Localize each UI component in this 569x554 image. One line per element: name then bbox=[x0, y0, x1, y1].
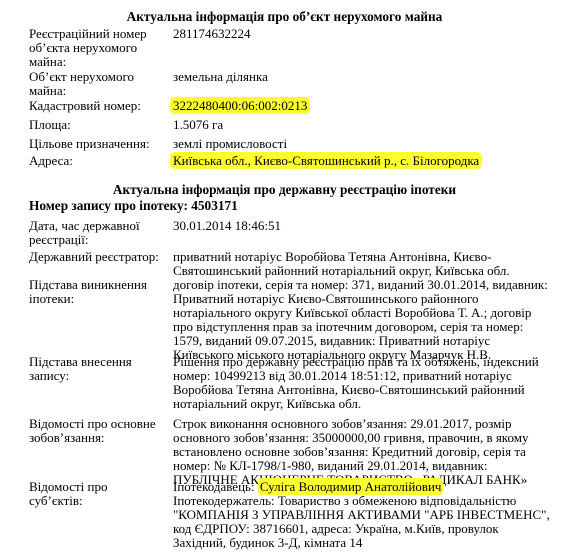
label: Підстава внесення запису: bbox=[29, 355, 164, 383]
address-highlight: Київська обл., Києво-Святошинський р., с… bbox=[170, 152, 482, 169]
label: Об’єкт нерухомого майна: bbox=[29, 70, 164, 98]
value: Строк виконання основного зобов’язання: … bbox=[173, 417, 548, 487]
label: Дата, час державної реєстрації: bbox=[29, 219, 164, 247]
label: Державний реєстратор: bbox=[29, 250, 164, 264]
value: договір іпотеки, серія та номер: 371, ви… bbox=[173, 278, 553, 362]
mortgagee-text: Іпотекодержатель: Товариство з обмеженою… bbox=[173, 494, 553, 550]
value: землі промисловості bbox=[173, 137, 563, 151]
mortgagor-line: Іпотекодавець: Суліга Володимир Анатолій… bbox=[173, 480, 553, 494]
label: Реєстраційний номер об’єкта нерухомого м… bbox=[29, 27, 164, 69]
label: Кадастровий номер: bbox=[29, 99, 164, 113]
value: земельна ділянка bbox=[173, 70, 563, 84]
cadastral-number-highlight: 3222480400:06:002:0213 bbox=[170, 97, 310, 114]
label: Площа: bbox=[29, 118, 164, 132]
value: приватний нотаріус Воробйова Тетяна Анто… bbox=[173, 250, 553, 278]
value: Рішення про державну реєстрацію прав та … bbox=[173, 355, 545, 411]
mortgagor-prefix: Іпотекодавець: bbox=[173, 479, 258, 494]
property-section-title: Актуальна інформація про об’єкт нерухомо… bbox=[0, 10, 569, 24]
value: 1.5076 га bbox=[173, 118, 563, 132]
label: Відомості про суб’єктів: bbox=[29, 480, 164, 508]
value: 281174632224 bbox=[173, 27, 563, 41]
mortgage-record-number: Номер запису про іпотеку: 4503171 bbox=[29, 199, 238, 213]
label: Підстава виникнення іпотеки: bbox=[29, 278, 164, 306]
label: Відомості про основне зобов’язання: bbox=[29, 417, 164, 445]
label: Цільове призначення: bbox=[29, 137, 164, 151]
value-block: Іпотекодавець: Суліга Володимир Анатолій… bbox=[173, 480, 553, 550]
value: 30.01.2014 18:46:51 bbox=[173, 219, 563, 233]
label: Адреса: bbox=[29, 154, 164, 168]
mortgage-section-title: Актуальна інформація про державну реєстр… bbox=[0, 183, 569, 197]
